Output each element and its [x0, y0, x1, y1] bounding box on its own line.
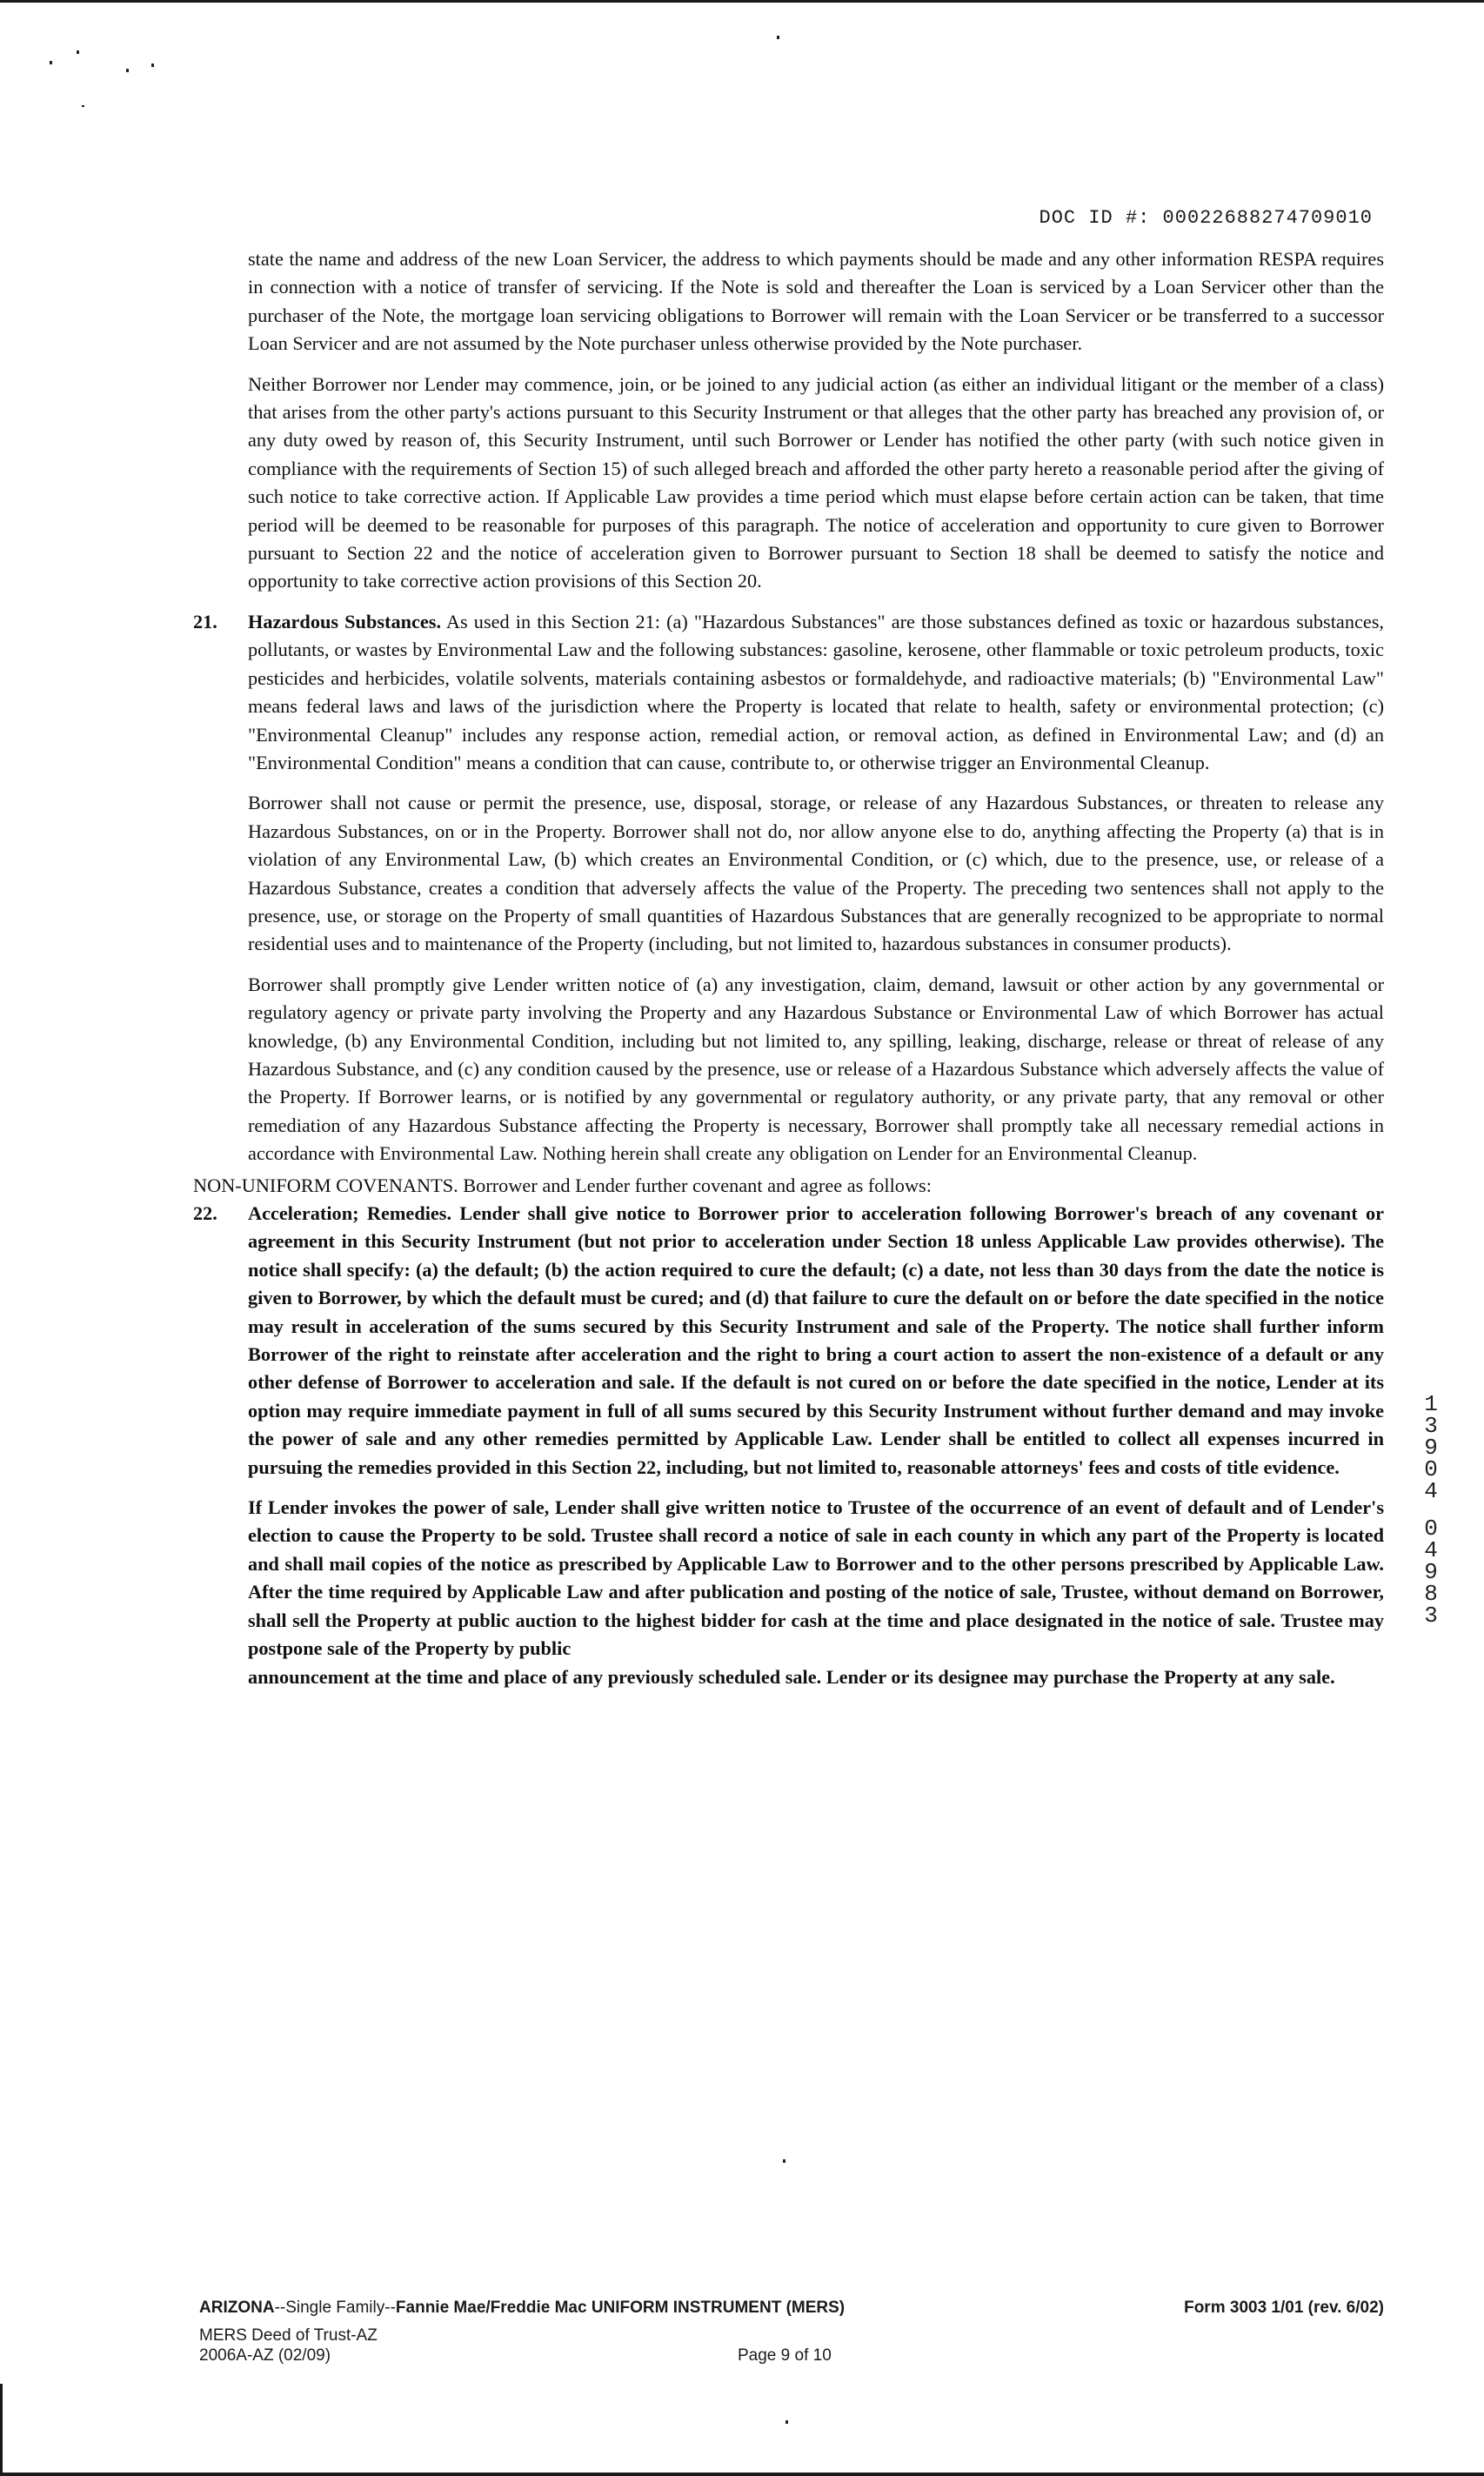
form-number: Form 3003 1/01 (rev. 6/02) — [1184, 2297, 1384, 2319]
power-of-sale-text-part1: If Lender invokes the power of sale, Len… — [248, 1494, 1384, 1663]
scan-speck — [783, 2159, 785, 2163]
doc-id: DOC ID #: 00022688274709010 — [1039, 207, 1373, 229]
form-doc-type: MERS Deed of Trust-AZ — [199, 2325, 1384, 2346]
section-22-power-of-sale-paragraph: If Lender invokes the power of sale, Len… — [248, 1494, 1384, 1691]
scan-speck — [151, 64, 154, 67]
section-20-judicial-action-paragraph: Neither Borrower nor Lender may commence… — [248, 371, 1384, 596]
power-of-sale-text-part2: announcement at the time and place of an… — [248, 1663, 1384, 1691]
stamp-group-1: 13904 — [1420, 1394, 1441, 1502]
form-instrument: Fannie Mae/Freddie Mac UNIFORM INSTRUMEN… — [396, 2299, 845, 2317]
form-state: ARIZONA — [199, 2299, 275, 2317]
section-21-notice-paragraph: Borrower shall promptly give Lender writ… — [248, 971, 1384, 1168]
section-21-definitions-text: As used in this Section 21: (a) "Hazardo… — [248, 611, 1384, 773]
form-code: 2006A-AZ (02/09) — [199, 2346, 331, 2366]
document-body: state the name and address of the new Lo… — [248, 245, 1384, 1691]
non-uniform-covenants-intro: NON-UNIFORM COVENANTS. Borrower and Lend… — [193, 1172, 1384, 1200]
scan-speck — [50, 61, 52, 64]
section-21-prohibitions-paragraph: Borrower shall not cause or permit the p… — [248, 789, 1384, 958]
section-22: 22. Acceleration; Remedies. Lender shall… — [248, 1200, 1384, 1691]
stamp-group-2: 04983 — [1420, 1518, 1441, 1627]
scan-speck — [82, 105, 84, 107]
section-20-continuation-paragraph: state the name and address of the new Lo… — [248, 245, 1384, 358]
scan-speck — [126, 69, 129, 72]
section-number: 22. — [193, 1200, 217, 1228]
scan-speck — [785, 2420, 788, 2424]
section-heading: Hazardous Substances. — [248, 611, 441, 632]
scan-left-edge — [0, 2384, 3, 2476]
form-footer: ARIZONA--Single Family--Fannie Mae/Fredd… — [199, 2297, 1384, 2366]
recording-number-stamp: 13904 04983 — [1420, 1394, 1441, 1627]
section-21: 21. Hazardous Substances. As used in thi… — [248, 608, 1384, 1168]
page-indicator: Page 9 of 10 — [738, 2346, 832, 2366]
section-21-definitions-paragraph: Hazardous Substances. As used in this Se… — [248, 608, 1384, 777]
section-22-acceleration-paragraph: Acceleration; Remedies. Lender shall giv… — [248, 1200, 1384, 1482]
scan-bottom-edge — [0, 2473, 1484, 2476]
scan-speck — [777, 36, 779, 39]
form-code-row: 2006A-AZ (02/09) Page 9 of 10 — [199, 2346, 1384, 2366]
scan-speck — [77, 50, 79, 54]
form-family-type: --Single Family-- — [275, 2299, 396, 2317]
scan-top-edge — [0, 0, 1484, 3]
section-number: 21. — [193, 608, 217, 636]
document-page: DOC ID #: 00022688274709010 state the na… — [0, 0, 1484, 2476]
form-title: ARIZONA--Single Family--Fannie Mae/Fredd… — [199, 2297, 845, 2319]
